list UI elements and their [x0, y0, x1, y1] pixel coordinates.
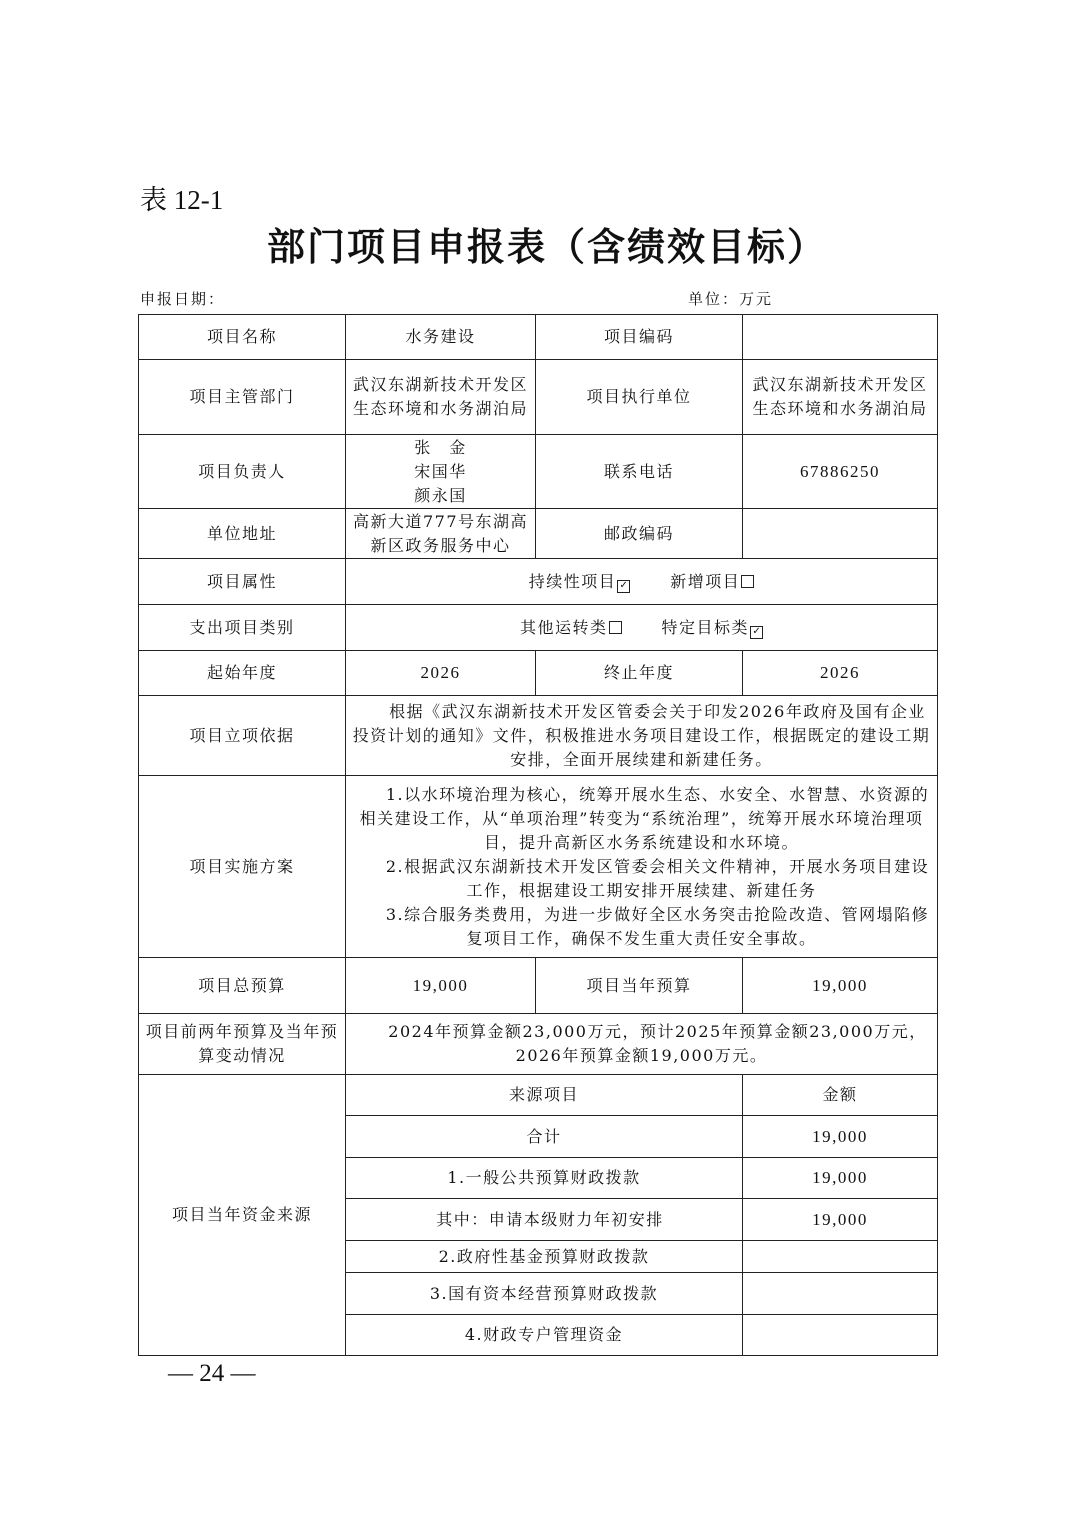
funding-source: 3.国有资本经营预算财政拨款	[346, 1273, 743, 1315]
plan-label: 项目实施方案	[139, 776, 346, 958]
funding-header-row: 项目当年资金来源 来源项目 金额	[139, 1075, 938, 1116]
unit-label: 单位：万元	[688, 288, 773, 309]
category-label: 支出项目类别	[139, 605, 346, 651]
funding-amount	[743, 1315, 938, 1356]
executing-unit-label: 项目执行单位	[536, 360, 743, 435]
funding-source: 2.政府性基金预算财政拨款	[346, 1241, 743, 1273]
leader-name: 张 金	[350, 436, 531, 460]
page-number: — 24 —	[168, 1360, 256, 1388]
funding-source: 1.一般公共预算财政拨款	[346, 1158, 743, 1199]
project-name-value: 水务建设	[346, 315, 536, 360]
funding-amount: 19,000	[743, 1116, 938, 1158]
row-budget-change: 项目前两年预算及当年预算变动情况 2024年预算金额23,000万元，预计202…	[139, 1014, 938, 1075]
row-category: 支出项目类别 其他运转类特定目标类✓	[139, 605, 938, 651]
funding-source: 其中：申请本级财力年初安排	[346, 1199, 743, 1241]
attribute-label: 项目属性	[139, 559, 346, 605]
supervising-dept-value: 武汉东湖新技术开发区生态环境和水务湖泊局	[346, 360, 536, 435]
plan-paragraph: 2.根据武汉东湖新技术开发区管委会相关文件精神，开展水务项目建设工作，根据建设工…	[350, 855, 933, 903]
address-value: 高新大道777号东湖高新区政务服务中心	[346, 509, 536, 559]
checkbox-checked-icon[interactable]: ✓	[750, 626, 763, 639]
project-application-table: 项目名称 水务建设 项目编码 项目主管部门 武汉东湖新技术开发区生态环境和水务湖…	[138, 314, 938, 1356]
leader-name: 颜永国	[350, 484, 531, 508]
funding-header-amount: 金额	[743, 1075, 938, 1116]
plan-paragraph: 3.综合服务类费用，为进一步做好全区水务突击抢险改造、管网塌陷修复项目工作，确保…	[350, 903, 933, 951]
leader-label: 项目负责人	[139, 435, 346, 509]
leader-name: 宋国华	[350, 460, 531, 484]
budget-change-label: 项目前两年预算及当年预算变动情况	[139, 1014, 346, 1075]
funding-amount: 19,000	[743, 1199, 938, 1241]
funding-header-source: 来源项目	[346, 1075, 743, 1116]
row-project-name: 项目名称 水务建设 项目编码	[139, 315, 938, 360]
row-departments: 项目主管部门 武汉东湖新技术开发区生态环境和水务湖泊局 项目执行单位 武汉东湖新…	[139, 360, 938, 435]
category-option-specific: 特定目标类	[662, 618, 750, 637]
row-years: 起始年度 2026 终止年度 2026	[139, 651, 938, 696]
funding-label: 项目当年资金来源	[139, 1075, 346, 1356]
funding-amount	[743, 1241, 938, 1273]
postcode-value	[743, 509, 938, 559]
basis-label: 项目立项依据	[139, 696, 346, 776]
table-number: 表 12-1	[140, 178, 223, 217]
phone-value: 67886250	[743, 435, 938, 509]
attribute-option-new: 新增项目	[670, 572, 740, 591]
start-year-value: 2026	[346, 651, 536, 696]
phone-label: 联系电话	[536, 435, 743, 509]
checkbox-unchecked-icon[interactable]	[609, 621, 622, 634]
category-options: 其他运转类特定目标类✓	[346, 605, 938, 651]
current-budget-label: 项目当年预算	[536, 958, 743, 1014]
report-date-label: 申报日期：	[140, 288, 225, 309]
funding-source: 合计	[346, 1116, 743, 1158]
leader-values: 张 金 宋国华 颜永国	[346, 435, 536, 509]
funding-amount: 19,000	[743, 1158, 938, 1199]
attribute-option-continuing: 持续性项目	[529, 572, 617, 591]
total-budget-label: 项目总预算	[139, 958, 346, 1014]
funding-source: 4.财政专户管理资金	[346, 1315, 743, 1356]
end-year-value: 2026	[743, 651, 938, 696]
project-code-value	[743, 315, 938, 360]
postcode-label: 邮政编码	[536, 509, 743, 559]
plan-paragraph: 1.以水环境治理为核心，统筹开展水生态、水安全、水智慧、水资源的相关建设工作，从…	[350, 783, 933, 855]
project-code-label: 项目编码	[536, 315, 743, 360]
supervising-dept-label: 项目主管部门	[139, 360, 346, 435]
row-budget: 项目总预算 19,000 项目当年预算 19,000	[139, 958, 938, 1014]
start-year-label: 起始年度	[139, 651, 346, 696]
row-attribute: 项目属性 持续性项目✓新增项目	[139, 559, 938, 605]
row-plan: 项目实施方案 1.以水环境治理为核心，统筹开展水生态、水安全、水智慧、水资源的相…	[139, 776, 938, 958]
page-title: 部门项目申报表（含绩效目标）	[0, 216, 1074, 271]
checkbox-checked-icon[interactable]: ✓	[617, 580, 630, 593]
current-budget-value: 19,000	[743, 958, 938, 1014]
budget-change-text: 2024年预算金额23,000万元，预计2025年预算金额23,000万元，20…	[346, 1014, 938, 1075]
executing-unit-value: 武汉东湖新技术开发区生态环境和水务湖泊局	[743, 360, 938, 435]
end-year-label: 终止年度	[536, 651, 743, 696]
total-budget-value: 19,000	[346, 958, 536, 1014]
basis-text: 根据《武汉东湖新技术开发区管委会关于印发2026年政府及国有企业投资计划的通知》…	[346, 696, 938, 776]
row-address: 单位地址 高新大道777号东湖高新区政务服务中心 邮政编码	[139, 509, 938, 559]
row-leaders: 项目负责人 张 金 宋国华 颜永国 联系电话 67886250	[139, 435, 938, 509]
project-name-label: 项目名称	[139, 315, 346, 360]
plan-text: 1.以水环境治理为核心，统筹开展水生态、水安全、水智慧、水资源的相关建设工作，从…	[346, 776, 938, 958]
row-basis: 项目立项依据 根据《武汉东湖新技术开发区管委会关于印发2026年政府及国有企业投…	[139, 696, 938, 776]
checkbox-unchecked-icon[interactable]	[741, 575, 754, 588]
funding-amount	[743, 1273, 938, 1315]
attribute-options: 持续性项目✓新增项目	[346, 559, 938, 605]
address-label: 单位地址	[139, 509, 346, 559]
category-option-other: 其他运转类	[520, 618, 608, 637]
